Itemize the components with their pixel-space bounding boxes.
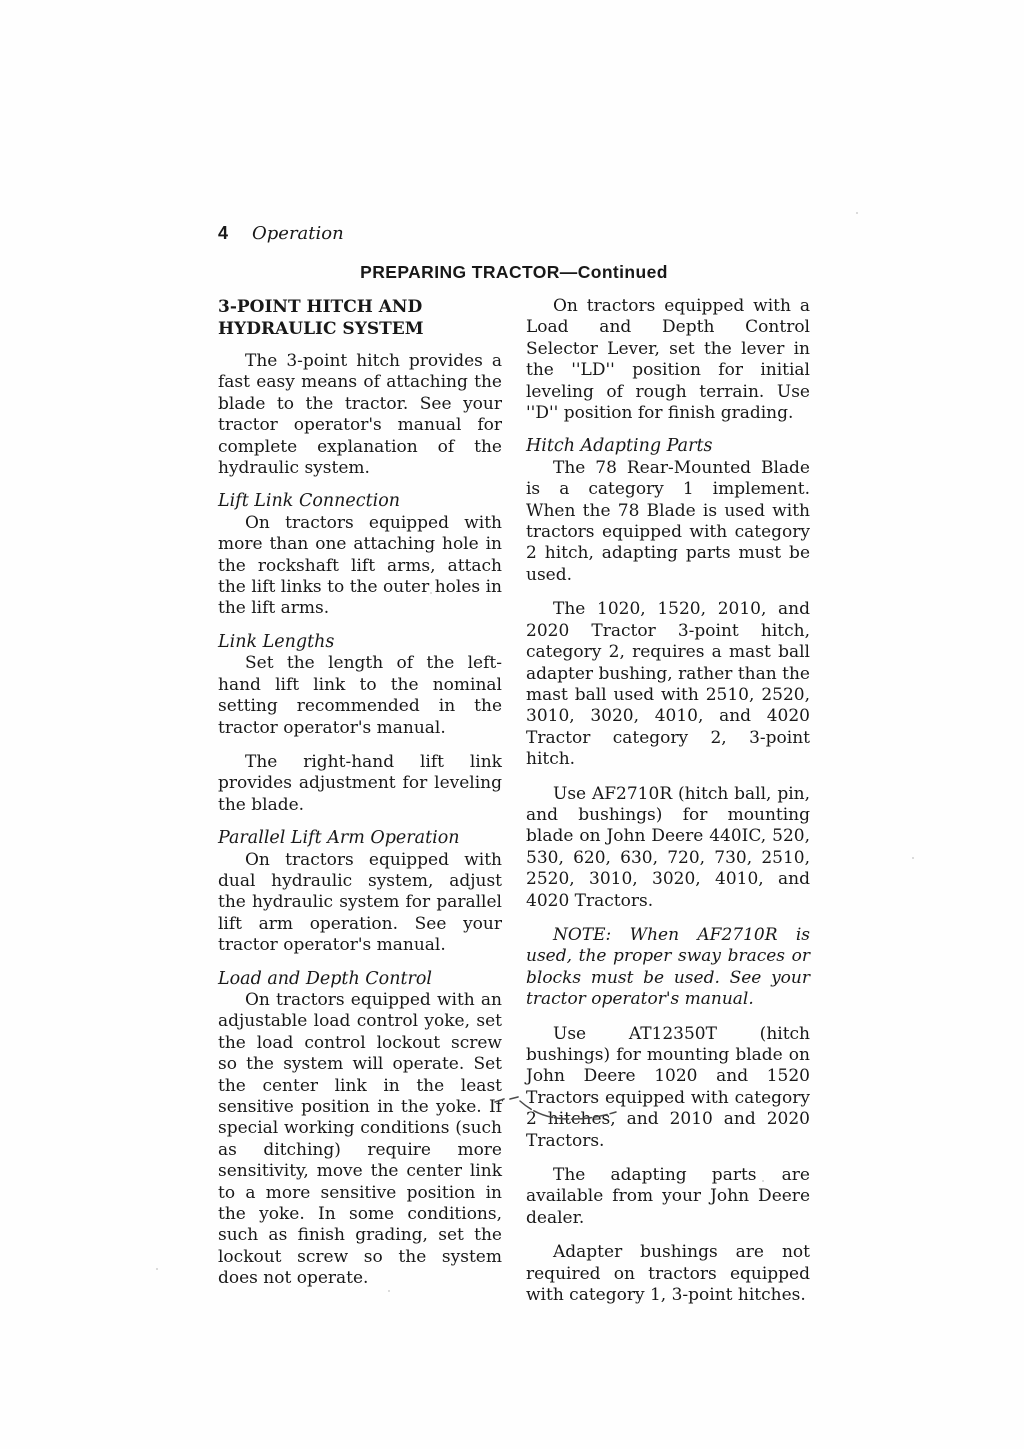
paragraph-hitch-adapting-parts: The 78 Rear-Mounted Blade is a category …: [526, 458, 810, 586]
left-column-heading: 3-POINT HITCH AND HYDRAULIC SYSTEM: [218, 296, 502, 340]
paragraph-dealer: The adapting parts are available from yo…: [526, 1165, 810, 1229]
scan-speckle: [430, 592, 432, 594]
manual-page: 4Operation PREPARING TRACTOR—Continued 3…: [0, 0, 1024, 1449]
paragraph-af2710r: Use AF2710R (hitch ball, pin, and bushin…: [526, 784, 810, 912]
paragraph-lift-link-connection: On tractors equipped with more than one …: [218, 513, 502, 620]
section-label: Operation: [252, 223, 344, 244]
paragraph-parallel-lift-arm: On tractors equipped with dual hydraulic…: [218, 850, 502, 957]
paragraph-link-lengths-2: The right-hand lift link provides adjust…: [218, 752, 502, 816]
subheading-link-lengths: Link Lengths: [218, 632, 502, 653]
paragraph-link-lengths-1: Set the length of the left-hand lift lin…: [218, 653, 502, 739]
paragraph-selector-lever: On tractors equipped with a Load and Dep…: [526, 296, 810, 424]
page-title: PREPARING TRACTOR—Continued: [218, 262, 810, 283]
subheading-parallel-lift-arm: Parallel Lift Arm Operation: [218, 828, 502, 849]
page-number: 4: [218, 223, 228, 243]
paragraph-mast-ball-adapter: The 1020, 1520, 2010, and 2020 Tractor 3…: [526, 599, 810, 770]
scan-speckle: [912, 857, 914, 859]
paragraph-load-depth-control: On tractors equipped with an adjustable …: [218, 990, 502, 1290]
paragraph-adapter-bushings: Adapter bushings are not required on tra…: [526, 1242, 810, 1306]
paragraph-intro: The 3-point hitch provides a fast easy m…: [218, 351, 502, 479]
paragraph-at12350t: Use AT12350T (hitch bushings) for mounti…: [526, 1024, 810, 1152]
scan-speckle: [156, 1268, 158, 1270]
subheading-hitch-adapting-parts: Hitch Adapting Parts: [526, 436, 810, 457]
paragraph-note-sway-braces: NOTE: When AF2710R is used, the proper s…: [526, 925, 810, 1011]
subheading-lift-link-connection: Lift Link Connection: [218, 491, 502, 512]
subheading-load-depth-control: Load and Depth Control: [218, 969, 502, 990]
scan-speckle: [762, 1180, 764, 1182]
scan-speckle: [856, 212, 858, 214]
left-column: 3-POINT HITCH AND HYDRAULIC SYSTEM The 3…: [218, 296, 502, 1306]
scan-speckle: [388, 1290, 390, 1292]
right-column: On tractors equipped with a Load and Dep…: [526, 296, 810, 1306]
page-header: 4Operation: [218, 223, 344, 244]
two-column-layout: 3-POINT HITCH AND HYDRAULIC SYSTEM The 3…: [218, 296, 810, 1306]
